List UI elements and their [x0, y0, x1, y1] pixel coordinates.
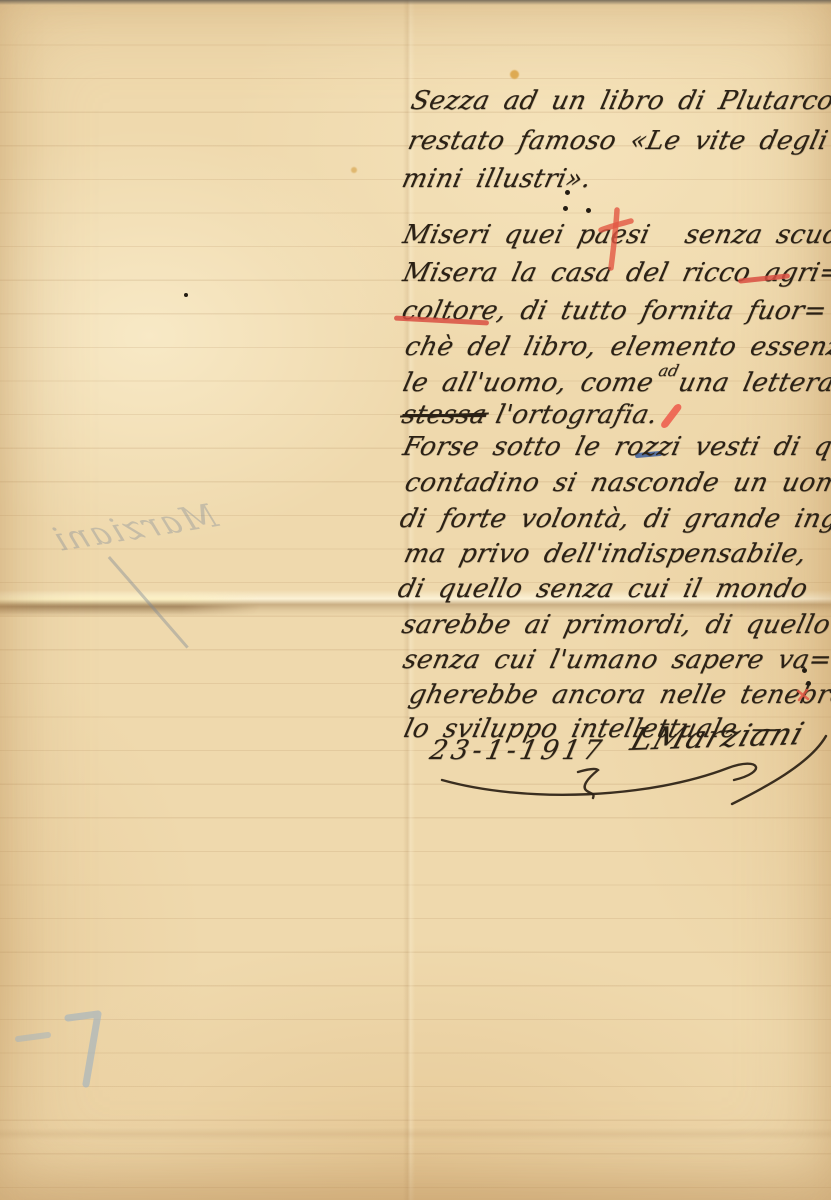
- manuscript-line: Misera la casa del ricco agri=: [400, 258, 831, 288]
- paper-stain: [510, 70, 519, 79]
- line-text: senza scuola!: [682, 220, 831, 250]
- manuscript-line: sarebbe ai primordi, di quello: [399, 610, 831, 640]
- signature: LMarziani: [626, 716, 809, 758]
- manuscript-page: Marziani Sezza ad un libro di Plutarco r…: [0, 0, 831, 1200]
- line-text: l'ortografia.: [493, 400, 661, 430]
- ghost-offset-flourish: [108, 556, 189, 648]
- struck-word: stessa: [399, 400, 490, 430]
- paper-stain: [351, 167, 357, 173]
- manuscript-line: Sezza ad un libro di Plutarco: [408, 86, 831, 116]
- trailing-ink-dot: [802, 668, 807, 673]
- manuscript-line: ma privo dell'indispensabile,: [401, 539, 810, 569]
- trailing-ink-dot: [806, 681, 811, 686]
- ghost-offset-signature: Marziani: [46, 496, 223, 559]
- line-text: le all'uomo, come: [400, 368, 656, 398]
- manuscript-line: restato famoso «Le vite degli uo=: [405, 126, 831, 156]
- separator-ink-dot: [586, 208, 591, 213]
- manuscript-line: senza cui l'umano sapere va=: [400, 645, 831, 675]
- manuscript-line: di forte volontà, di grande ingegno,: [397, 504, 831, 534]
- date: 23-1-1917: [427, 735, 608, 766]
- separator-ink-dot: [563, 206, 568, 211]
- bottom-faint-crease: [0, 1128, 831, 1140]
- manuscript-line: contadino si nasconde un uomo: [402, 468, 831, 498]
- scan-top-edge: [0, 0, 831, 5]
- horizontal-fold-crease-left: [0, 588, 260, 618]
- red-correction-tick: [659, 403, 683, 430]
- manuscript-line: stessal'ortografia.: [399, 400, 679, 430]
- manuscript-line: chè del libro, elemento essenzia=: [402, 332, 831, 362]
- pencil-page-number-seven: [10, 1005, 120, 1095]
- manuscript-line: Miseri quei paesisenza scuola!: [400, 220, 831, 250]
- inserted-word: ad: [657, 361, 681, 380]
- manuscript-line: gherebbe ancora nelle tenebre;: [406, 680, 831, 710]
- manuscript-line: di quello senza cui il mondo: [395, 574, 811, 604]
- manuscript-line: le all'uomo, comeaduna lettera: [400, 368, 831, 398]
- separator-ink-dot: [565, 190, 570, 195]
- line-text: Miseri quei paesi: [400, 220, 653, 250]
- line-text: una lettera: [675, 368, 831, 398]
- manuscript-line: Forse sotto le rozzi vesti di quel: [400, 432, 831, 462]
- ink-speck: [184, 293, 188, 297]
